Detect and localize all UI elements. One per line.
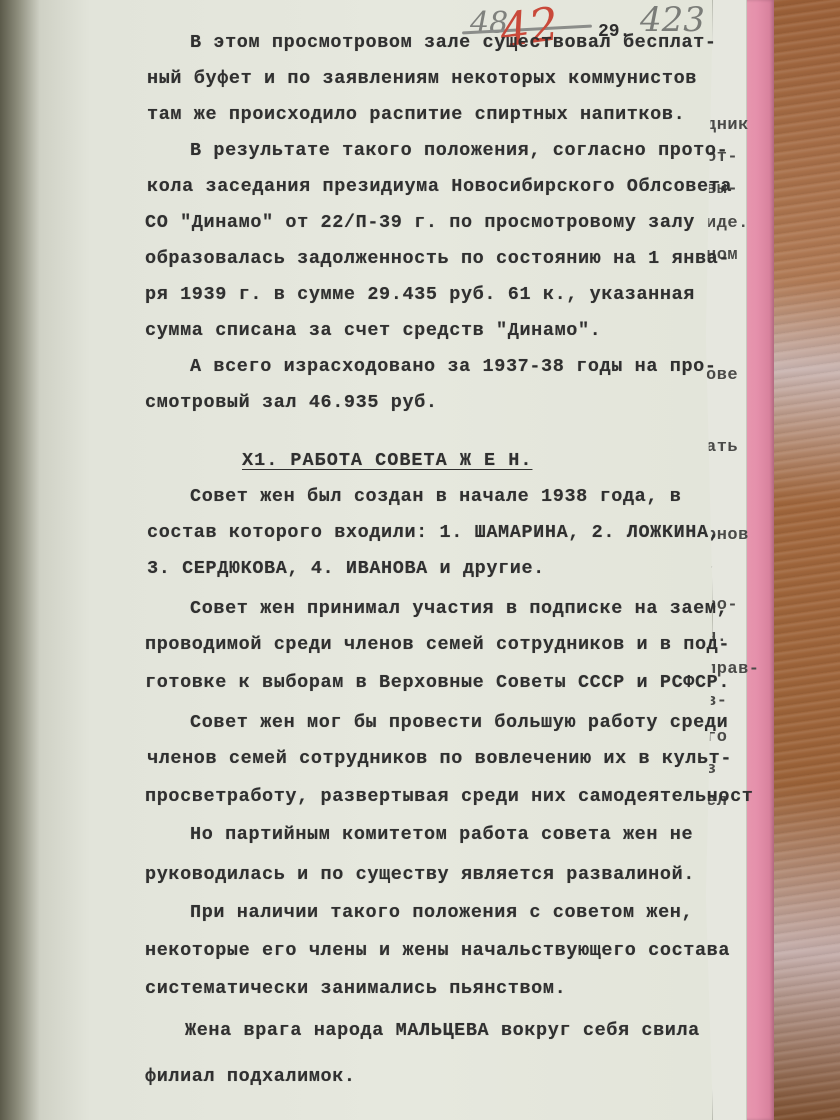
- text-line: Но партийным комитетом работа совета жен…: [190, 824, 693, 845]
- underlying-text-fragment: ать: [706, 438, 738, 457]
- text-line: образовалась задолженность по состоянию …: [145, 248, 730, 269]
- text-line: просветработу, развертывая среди них сам…: [145, 786, 754, 807]
- text-line: членов семей сотрудников по вовлечению и…: [147, 748, 732, 769]
- text-line: А всего израсходовано за 1937-38 годы на…: [190, 356, 717, 377]
- text-line: В этом просмотровом зале существовал бес…: [190, 32, 717, 53]
- text-line: смотровый зал 46.935 руб.: [145, 392, 438, 413]
- text-line: там же происходило распитие спиртных нап…: [147, 104, 685, 125]
- text-line: состав которого входили: 1. ШАМАРИНА, 2.…: [147, 522, 720, 543]
- text-line: Жена врага народа МАЛЬЦЕВА вокруг себя с…: [185, 1020, 700, 1041]
- text-line: кола заседания президиума Новосибирского…: [147, 176, 732, 197]
- text-line: некоторые его члены и жены начальствующе…: [145, 940, 730, 961]
- text-line: 3. СЕРДЮКОВА, 4. ИВАНОВА и другие.: [147, 558, 545, 579]
- text-line: готовке к выборам в Верховные Советы ССС…: [145, 672, 730, 693]
- section-heading: Х1. РАБОТА СОВЕТА Ж Е Н.: [242, 450, 532, 471]
- text-line: ный буфет и по заявлениям некоторых комм…: [147, 68, 697, 89]
- text-line: СО "Динамо" от 22/П-39 г. по просмотрово…: [145, 212, 695, 233]
- text-line: Совет жен мог бы провести большую работу…: [190, 712, 728, 733]
- text-line: При наличии такого положения с советом ж…: [190, 902, 693, 923]
- text-line: руководилась и по существу является разв…: [145, 864, 695, 885]
- underlying-text-fragment: иде.: [706, 214, 749, 233]
- text-line: проводимой среди членов семей сотруднико…: [145, 634, 730, 655]
- text-line: В результате такого положения, согласно …: [190, 140, 728, 161]
- text-line: систематически занимались пьянством.: [145, 978, 566, 999]
- underlying-text-fragment: дник: [706, 116, 749, 135]
- text-line: Совет жен был создан в начале 1938 года,…: [190, 486, 681, 507]
- text-line: ря 1939 г. в сумме 29.435 руб. 61 к., ук…: [145, 284, 695, 305]
- text-line: сумма списана за счет средств "Динамо".: [145, 320, 601, 341]
- text-line: Совет жен принимал участия в подписке на…: [190, 598, 728, 619]
- text-line: филиал подхалимок.: [145, 1066, 356, 1087]
